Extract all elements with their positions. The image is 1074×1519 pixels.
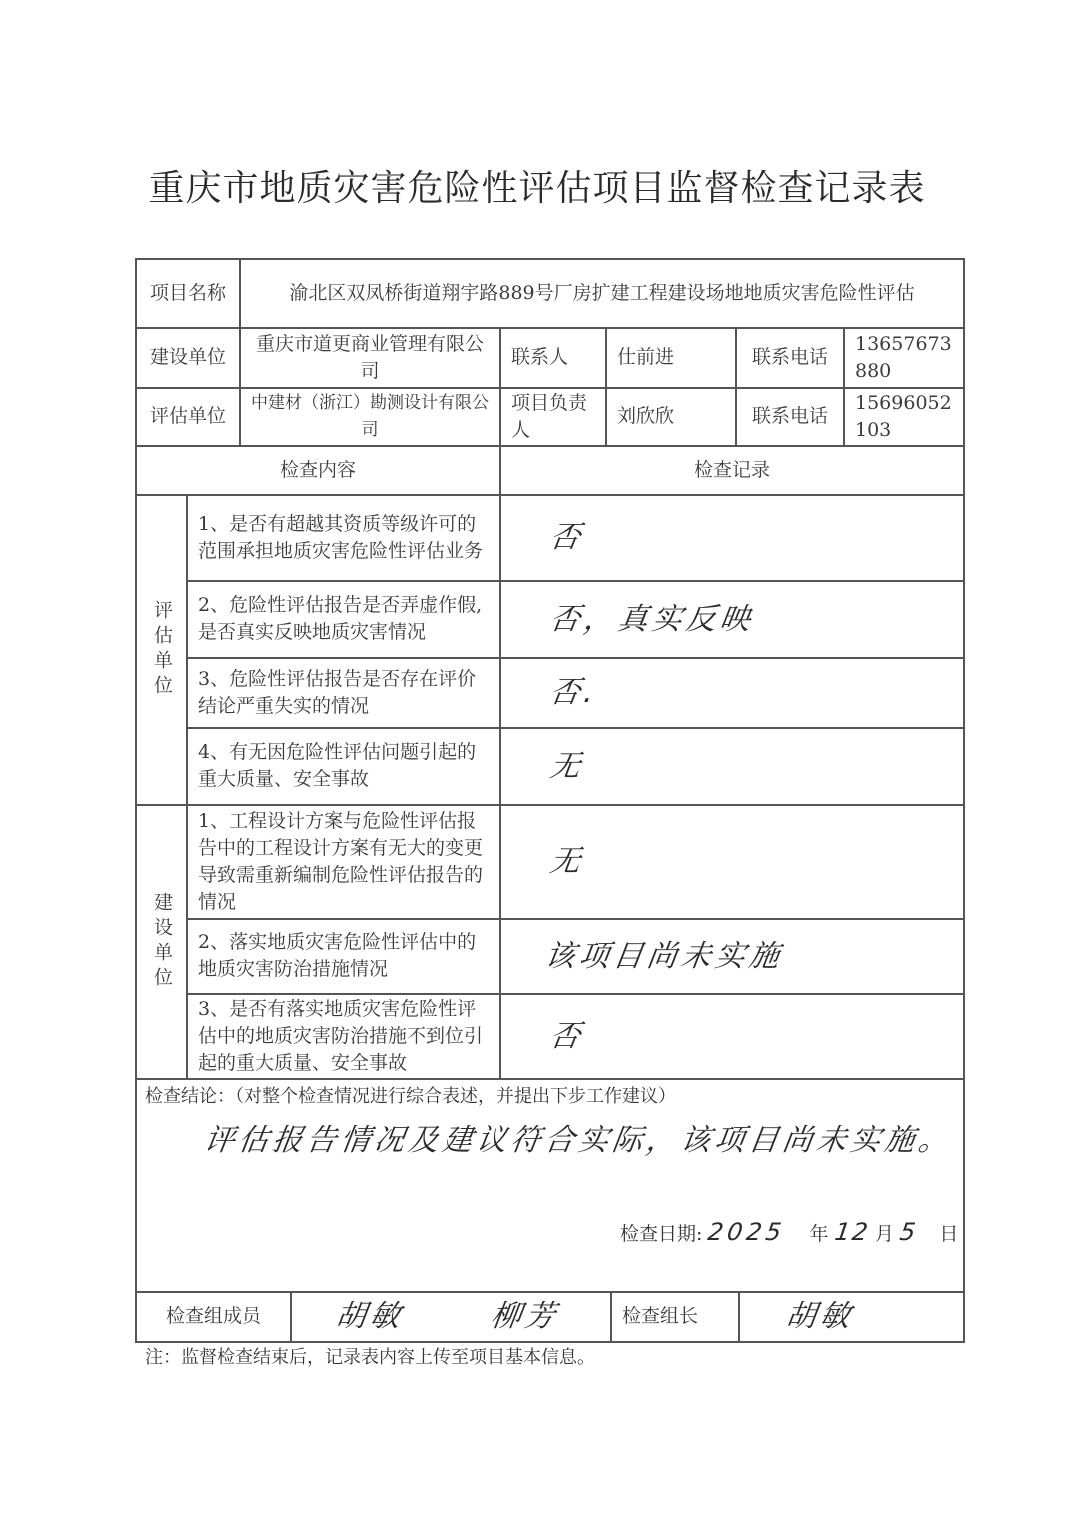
check-item-record: 该项目尚未实施 xyxy=(530,919,965,993)
header-check-record: 检查记录 xyxy=(501,446,963,494)
check-item-content: 4、有无因危险性评估问题引起的重大质量、安全事故 xyxy=(188,728,499,804)
check-item-record: 否 xyxy=(534,495,966,580)
phone-label-1: 联系电话 xyxy=(737,328,843,387)
contact-label: 联系人 xyxy=(501,328,605,387)
leader-label: 检查组长 xyxy=(612,1292,738,1341)
assessment-unit-value: 中建材（浙江）勘测设计有限公司 xyxy=(241,388,499,445)
phone-value-1: 13657673880 xyxy=(845,328,963,387)
conclusion-text: 评估报告情况及建议符合实际，该项目尚未实施。 xyxy=(202,1115,956,1159)
header-check-content: 检查内容 xyxy=(137,446,499,494)
date-year-unit: 年 xyxy=(809,1219,828,1246)
footnote: 注：监督检查结束后，记录表内容上传至项目基本信息。 xyxy=(145,1343,595,1369)
member-signature-1: 胡敏 xyxy=(297,1292,444,1341)
inspection-date: 检查日期: 2025 年 12 月 5 日 xyxy=(620,1218,958,1246)
phone-label-2: 联系电话 xyxy=(737,388,843,445)
date-label: 检查日期: xyxy=(620,1219,702,1246)
members-label: 检查组成员 xyxy=(137,1292,290,1341)
check-item-record: 无 xyxy=(535,728,966,804)
section-label-construction-unit: 建设单位 xyxy=(137,805,186,1078)
conclusion-label: 检查结论：（对整个检查情况进行综合表述，并提出下步工作建议） xyxy=(145,1082,676,1108)
date-day: 5 xyxy=(898,1218,921,1246)
check-item-content: 1、是否有超越其资质等级许可的范围承担地质灾害危险性评估业务 xyxy=(188,495,499,580)
member-signature-2: 柳芳 xyxy=(447,1292,604,1341)
date-year: 2025 xyxy=(706,1218,787,1246)
project-leader-label: 项目负责人 xyxy=(501,388,605,445)
date-month: 12 xyxy=(833,1218,871,1246)
construction-unit-label: 建设单位 xyxy=(137,328,239,387)
check-item-record: 否 xyxy=(534,994,966,1078)
phone-value-2: 15696052103 xyxy=(845,388,963,445)
date-month-unit: 月 xyxy=(875,1219,894,1246)
assessment-unit-label: 评估单位 xyxy=(137,388,239,445)
check-item-record: 无 xyxy=(532,805,968,918)
construction-unit-value: 重庆市道更商业管理有限公司 xyxy=(241,328,499,387)
contact-value: 仕前进 xyxy=(607,328,735,387)
check-item-content: 2、落实地质灾害危险性评估中的地质灾害防治措施情况 xyxy=(188,919,499,993)
check-item-record: 否，真实反映 xyxy=(535,581,966,657)
date-day-unit: 日 xyxy=(939,1219,958,1246)
section-label-assessment-unit: 评估单位 xyxy=(137,495,186,804)
leader-signature: 胡敏 xyxy=(747,1292,894,1341)
inspection-form-table: 项目名称 渝北区双凤桥街道翔宇路889号厂房扩建工程建设场地地质灾害危险性评估 … xyxy=(0,0,1074,1519)
check-item-content: 3、危险性评估报告是否存在评价结论严重失实的情况 xyxy=(188,658,499,727)
check-item-content: 2、危险性评估报告是否弄虚作假,是否真实反映地质灾害情况 xyxy=(188,581,499,657)
project-leader-value: 刘欣欣 xyxy=(607,388,735,445)
check-item-content: 3、是否有落实地质灾害危险性评估中的地质灾害防治措施不到位引起的重大质量、安全事… xyxy=(188,994,499,1078)
project-name-value: 渝北区双凤桥街道翔宇路889号厂房扩建工程建设场地地质灾害危险性评估 xyxy=(241,259,963,327)
check-item-content: 1、工程设计方案与危险性评估报告中的工程设计方案有无大的变更导致需重新编制危险性… xyxy=(188,805,499,918)
check-item-record: 否. xyxy=(535,658,965,727)
project-name-label: 项目名称 xyxy=(137,259,239,327)
